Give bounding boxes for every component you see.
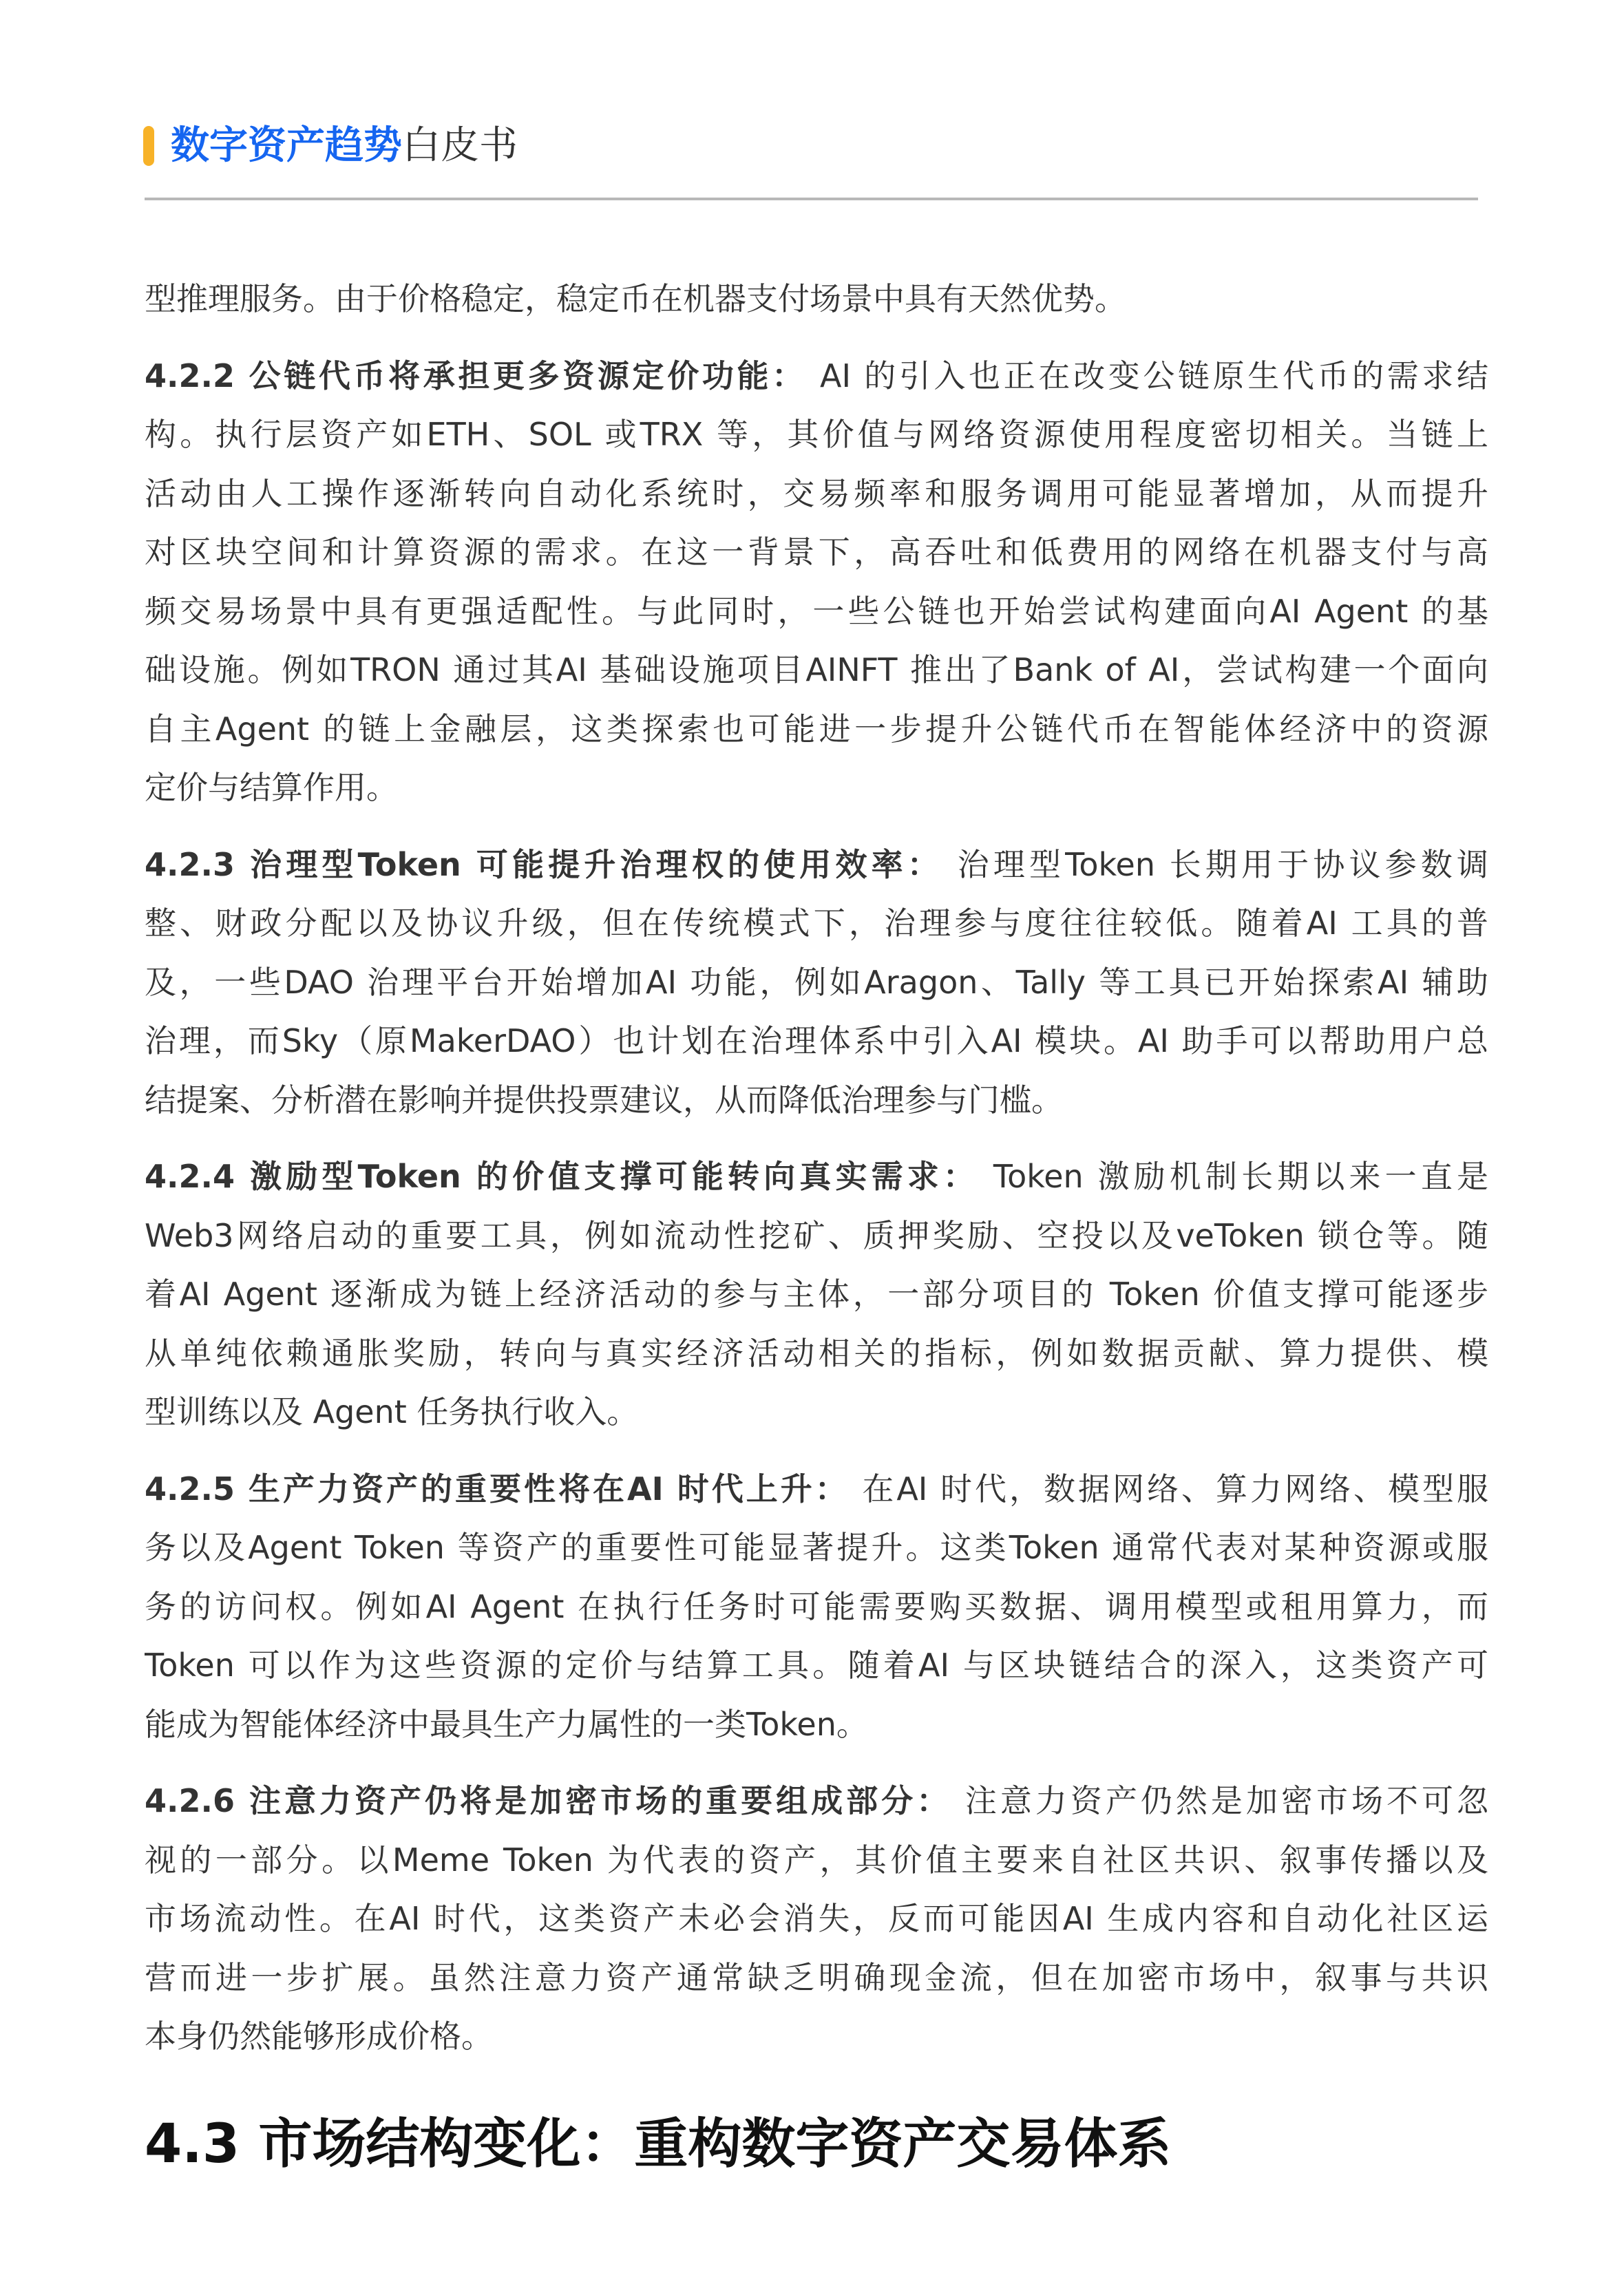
paragraph-4-2-4: 4.2.4 激励型Token 的价值支撑可能转向真实需求： Token 激励机制… [145,1147,1488,1442]
document-header: 数字资产趋势白皮书 [143,121,518,171]
body-line: 型训练以及 Agent 任务执行收入。 [145,1383,1488,1442]
body-line: 务的访问权。例如AI Agent 在执行任务时可能需要购买数据、调用模型或租用算… [145,1578,1488,1637]
paragraph-4-2-2: 4.2.2 公链代币将承担更多资源定价功能： AI 的引入也正在改变公链原生代币… [145,347,1488,818]
body-line: 结提案、分析潜在影响并提供投票建议，从而降低治理参与门槛。 [145,1071,1488,1130]
body-line: 4.2.2 公链代币将承担更多资源定价功能： AI 的引入也正在改变公链原生代币… [145,347,1488,406]
body-line: 自主Agent 的链上金融层，这类探索也可能进一步提升公链代币在智能体经济中的资… [145,700,1488,759]
body-line: 4.2.3 治理型Token 可能提升治理权的使用效率： 治理型Token 长期… [145,836,1488,895]
body-text: 在AI 时代，数据网络、算力网络、模型服 [850,1470,1488,1508]
paragraph-4-2-3: 4.2.3 治理型Token 可能提升治理权的使用效率： 治理型Token 长期… [145,836,1488,1130]
body-text: AI 的引入也正在改变公链原生代币的需求结 [807,357,1488,394]
title-rest-text: 白皮书 [402,123,518,168]
body-line: 础设施。例如TRON 通过其AI 基础设施项目AINFT 推出了Bank of … [145,641,1488,700]
paragraph-lead-heading: 4.2.5 生产力资产的重要性将在AI 时代上升： [145,1470,850,1508]
paragraph-lead-heading: 4.2.4 激励型Token 的价值支撑可能转向真实需求： [145,1158,979,1195]
body-line: 营而进一步扩展。虽然注意力资产通常缺乏明确现金流，但在加密市场中，叙事与共识 [145,1949,1488,2008]
paragraph-lead-heading: 4.2.3 治理型Token 可能提升治理权的使用效率： [145,846,943,883]
paragraph-4-2-5: 4.2.5 生产力资产的重要性将在AI 时代上升： 在AI 时代，数据网络、算力… [145,1460,1488,1755]
body-line: 整、财政分配以及协议升级，但在传统模式下，治理参与度往往较低。随着AI 工具的普 [145,894,1488,953]
document-body: 型推理服务。由于价格稳定，稳定币在机器支付场景中具有天然优势。 4.2.2 公链… [145,270,1488,2084]
body-line: 着AI Agent 逐渐成为链上经济活动的参与主体，一部分项目的 Token 价… [145,1265,1488,1324]
body-line: 频交易场景中具有更强适配性。与此同时，一些公链也开始尝试构建面向AI Agent… [145,582,1488,642]
body-line: 务以及Agent Token 等资产的重要性可能显著提升。这类Token 通常代… [145,1519,1488,1578]
body-line: 构。执行层资产如ETH、SOL 或TRX 等，其价值与网络资源使用程度密切相关。… [145,405,1488,465]
body-text: 注意力资产仍然是加密市场不可忽 [951,1782,1488,1819]
body-line: Web3网络启动的重要工具，例如流动性挖矿、质押奖励、空投以及veToken 锁… [145,1207,1488,1266]
body-line: Token 可以作为这些资源的定价与结算工具。随着AI 与区块链结合的深入，这类… [145,1636,1488,1695]
paragraph-4-2-6: 4.2.6 注意力资产仍将是加密市场的重要组成部分： 注意力资产仍然是加密市场不… [145,1772,1488,2066]
body-line: 能成为智能体经济中最具生产力属性的一类Token。 [145,1695,1488,1755]
document-title: 数字资产趋势白皮书 [171,121,518,171]
title-accent-text: 数字资产趋势 [171,123,402,168]
body-line: 对区块空间和计算资源的需求。在这一背景下，高吞吐和低费用的网络在机器支付与高 [145,523,1488,582]
body-line: 本身仍然能够形成价格。 [145,2007,1488,2066]
body-line: 定价与结算作用。 [145,759,1488,818]
body-line: 视的一部分。以Meme Token 为代表的资产，其价值主要来自社区共识、叙事传… [145,1831,1488,1890]
body-line: 4.2.6 注意力资产仍将是加密市场的重要组成部分： 注意力资产仍然是加密市场不… [145,1772,1488,1831]
paragraph-continuation: 型推理服务。由于价格稳定，稳定币在机器支付场景中具有天然优势。 [145,270,1488,329]
body-line: 市场流动性。在AI 时代，这类资产未必会消失，反而可能因AI 生成内容和自动化社… [145,1890,1488,1949]
section-heading-4-3: 4.3 市场结构变化：重构数字资产交易体系 [145,2106,1171,2182]
body-text: 治理型Token 长期用于协议参数调 [943,846,1488,883]
body-line: 从单纯依赖通胀奖励，转向与真实经济活动相关的指标，例如数据贡献、算力提供、模 [145,1324,1488,1384]
body-text: Token 激励机制长期以来一直是 [979,1158,1488,1195]
paragraph-lead-heading: 4.2.2 公链代币将承担更多资源定价功能： [145,357,807,394]
body-line: 活动由人工操作逐渐转向自动化系统时，交易频率和服务调用可能显著增加，从而提升 [145,465,1488,524]
header-accent-bar [143,126,154,166]
paragraph-lead-heading: 4.2.6 注意力资产仍将是加密市场的重要组成部分： [145,1782,951,1819]
body-line: 及，一些DAO 治理平台开始增加AI 功能，例如Aragon、Tally 等工具… [145,953,1488,1013]
body-line: 治理，而Sky（原MakerDAO）也计划在治理体系中引入AI 模块。AI 助手… [145,1012,1488,1071]
header-divider [145,198,1478,200]
body-line: 4.2.5 生产力资产的重要性将在AI 时代上升： 在AI 时代，数据网络、算力… [145,1460,1488,1519]
body-line: 型推理服务。由于价格稳定，稳定币在机器支付场景中具有天然优势。 [145,270,1488,329]
body-line: 4.2.4 激励型Token 的价值支撑可能转向真实需求： Token 激励机制… [145,1147,1488,1207]
